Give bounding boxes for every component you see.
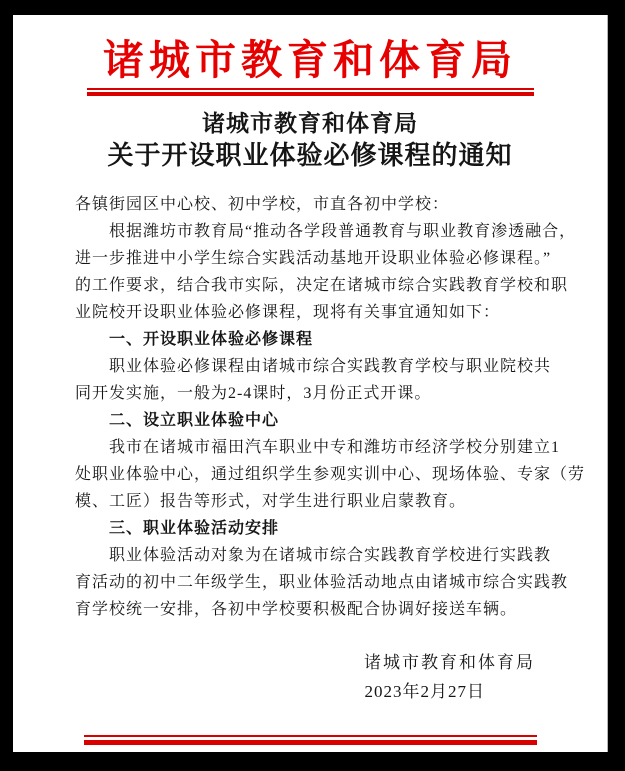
body-line: 的工作要求，结合我市实际，决定在诸城市综合实践教育学校和职 — [75, 272, 551, 299]
document-body: 各镇街园区中心校、初中学校，市直各初中学校：根据潍坊市教育局“推动各学段普通教育… — [13, 191, 607, 623]
signature-date: 2023年2月27日 — [13, 677, 607, 707]
body-line: 各镇街园区中心校、初中学校，市直各初中学校： — [75, 191, 551, 218]
document-title-line2: 关于开设职业体验必修课程的通知 — [13, 139, 607, 172]
document-title-line1: 诸城市教育和体育局 — [13, 109, 607, 139]
body-line: 处职业体验中心，通过组织学生参观实训中心、现场体验、专家（劳 — [75, 461, 551, 488]
signature-org-name: 诸城市教育和体育局 — [13, 649, 607, 677]
document-page: 诸城市教育和体育局 诸城市教育和体育局 关于开设职业体验必修课程的通知 各镇街园… — [13, 15, 608, 752]
document-title: 诸城市教育和体育局 关于开设职业体验必修课程的通知 — [13, 109, 607, 172]
footer-separator-rule — [84, 735, 537, 745]
letterhead-separator-rule — [87, 88, 534, 96]
section-heading: 一、开设职业体验必修课程 — [75, 326, 551, 353]
separator-thick-line — [84, 740, 537, 745]
body-line: 育学校统一安排，各初中学校要积极配合协调好接送车辆。 — [75, 596, 551, 623]
section-heading: 三、职业体验活动安排 — [75, 515, 551, 542]
body-line: 业院校开设职业体验必修课程，现将有关事宜通知如下： — [75, 299, 551, 326]
body-line: 育活动的初中二年级学生，职业体验活动地点由诸城市综合实践教 — [75, 569, 551, 596]
letterhead-org-name: 诸城市教育和体育局 — [13, 37, 607, 83]
separator-thick-line — [87, 92, 534, 96]
body-line: 同开发实施，一般为2-4课时，3月份正式开课。 — [75, 380, 551, 407]
body-line: 模、工匠）报告等形式，对学生进行职业启蒙教育。 — [75, 488, 551, 515]
body-line: 我市在诸城市福田汽车职业中专和潍坊市经济学校分别建立1 — [75, 434, 551, 461]
section-heading: 二、设立职业体验中心 — [75, 407, 551, 434]
screenshot-root: { "letterhead": { "org_name": "诸城市教育和体育局… — [0, 0, 625, 771]
body-line: 根据潍坊市教育局“推动各学段普通教育与职业教育渗透融合， — [75, 218, 551, 245]
body-line: 进一步推进中小学生综合实践活动基地开设职业体验必修课程。” — [75, 245, 551, 272]
body-line: 职业体验必修课程由诸城市综合实践教育学校与职业院校共 — [75, 353, 551, 380]
body-line: 职业体验活动对象为在诸城市综合实践教育学校进行实践教 — [75, 542, 551, 569]
signature-block: 诸城市教育和体育局 2023年2月27日 — [13, 649, 607, 707]
